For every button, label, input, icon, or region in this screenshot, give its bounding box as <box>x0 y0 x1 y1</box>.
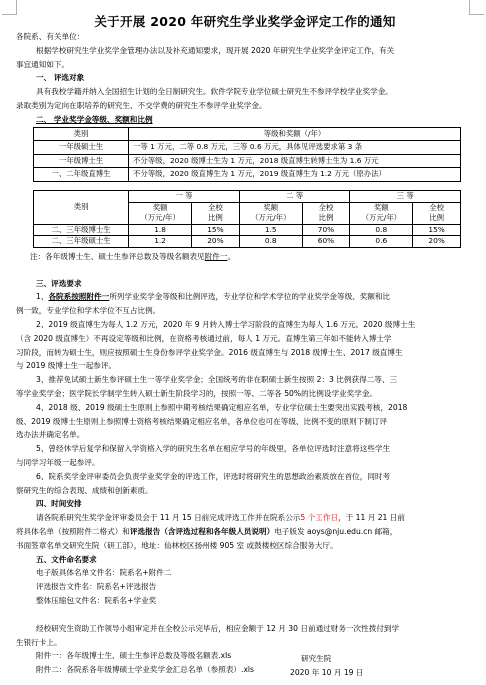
requirement-6-line-2: 察研究生的综合表现、成绩和创新素质。 <box>16 484 474 498</box>
schedule-text: 请各院系研究生奖学金评审委员会于 11 月 15 日前完成评选工作并在院系公示 <box>36 513 300 522</box>
table-cell: 1.2 <box>129 236 192 248</box>
table-cell: 20% <box>413 236 461 248</box>
table-cell: 60% <box>302 236 350 248</box>
subheader-text: 奖额 <box>353 203 409 214</box>
requirement-3-line-1: 3、推荐免试硕士新生参评硕士生一等学业奖学金；全国统考的非在职硕士新生按照 2：… <box>16 373 474 387</box>
table-cell: 不分等级，2020 级博士生为 1 万元，2018 级直博生转博士生为 1.6 … <box>129 154 461 168</box>
subheader-text: 全校 <box>195 203 236 214</box>
requirement-4-line-1: 4、2018 级、2019 级硕士生原则上参照中期考核结果确定相应名单，专业学位… <box>16 401 474 415</box>
section-1-line-2: 录取类别为定向在职培养的研究生、不交学费的研究生不参评学业奖学金。 <box>16 99 474 113</box>
requirement-2-line-2: （含 2020 级直博生）不再设定等级和比例，在资格考核通过前，每人 1 万元。… <box>16 332 474 346</box>
table1-header-levels: 等级和奖额（/年） <box>129 127 461 141</box>
table-cell: 一、二年级直博生 <box>34 168 129 182</box>
requirement-6-line-1: 6、院系奖学金评审委员会负责学业奖学金的评选工作，评选时将研究生的思想政治素质放… <box>16 470 474 484</box>
attachment-1-link[interactable]: 附件一 <box>205 252 228 261</box>
table2-subheader-amount: 奖额（万元/年） <box>239 202 302 224</box>
subheader-text: 全校 <box>416 203 457 214</box>
requirement-3-line-2: 等学业奖学金；医学院长学制学生转入硕士新生阶段学习的，按照一等、二等各 50%的… <box>16 387 474 401</box>
section-1-heading: 一、 评选对象 <box>16 71 474 85</box>
table-cell: 0.8 <box>239 236 302 248</box>
subheader-text: 奖额 <box>243 203 299 214</box>
section-5-heading: 五、文件命名要求 <box>16 553 474 567</box>
document-page: 关于开展 2020 年研究生学业奖学金评定工作的通知 各院系、有关单位： 根据学… <box>16 0 474 677</box>
table2-subheader-amount: 奖额（万元/年） <box>129 202 192 224</box>
table-cell: 15% <box>413 224 461 236</box>
intro-line-1: 根据学校研究生学业奖学金管理办法以及补充通知要求，现开展 2020 年研究生学业… <box>16 44 474 58</box>
table-cell: 不分等级，2020 级直博生为 1 万元，2019 级直博生为 1.2 万元（原… <box>129 168 461 182</box>
table-cell: 0.8 <box>350 224 413 236</box>
subheader-text: （万元/年） <box>353 213 409 224</box>
schedule-line-2: 将具体名单（按照附件二格式）和评选报告（含评选过程和各年级人员说明）电子版发 a… <box>16 525 474 539</box>
table-cell: 一年级硕士生 <box>34 141 129 155</box>
award-levels-table: 类别 等级和奖额（/年） 一年级硕士生 一等 1 万元，二等 0.8 万元，三等… <box>33 127 461 182</box>
document-title: 关于开展 2020 年研究生学业奖学金评定工作的通知 <box>16 13 474 30</box>
table2-header-level-1: 一 等 <box>129 190 240 202</box>
intro-line-2: 事宜通知如下。 <box>16 58 474 72</box>
table-cell: 一年级博士生 <box>34 154 129 168</box>
schedule-line-3: 书面签章名单交研究生院（研工部），地址：仙林校区扬州楼 905 室 或鼓楼校区综… <box>16 539 474 553</box>
subheader-text: （万元/年） <box>132 213 188 224</box>
requirement-2-line-4: 与 2019 级博士生一起参评。 <box>16 359 474 373</box>
subheader-text: 比例 <box>306 213 347 224</box>
requirement-4-line-2: 级、2019 级博士生原则上参照博士资格考核结果确定相应名单，各单位也可在等级、… <box>16 415 474 429</box>
signature-org: 研究生院 <box>301 652 331 666</box>
requirement-4-line-3: 选办法并确定名单。 <box>16 428 474 442</box>
report-emphasis: 评选报告（含评选过程和各年级人员说明） <box>130 527 274 536</box>
table1-header-category: 类别 <box>34 127 129 141</box>
naming-rule-2: 评选报告文件名：院系名+评选报告 <box>16 580 474 594</box>
requirement-1: 1、各院系按照附件一所列学业奖学金等级和比例评选，专业学位和学术学位的学业奖学金… <box>16 290 474 304</box>
closing-line-2: 生银行卡上。 <box>16 636 474 650</box>
table-row: 一年级硕士生 一等 1 万元，二等 0.8 万元，三等 0.6 万元，具体见评选… <box>34 141 461 155</box>
attachment-2[interactable]: 附件二：各院系各年级博硕士学业奖学金汇总名单（参照表）.xls <box>16 663 474 677</box>
table-cell: 70% <box>302 224 350 236</box>
section-3-heading: 三、评选要求 <box>16 277 474 291</box>
requirement-1-text: 所列学业奖学金等级和比例评选，专业学位和学术学位的学业奖学金等级、奖额和比 <box>109 292 390 301</box>
subheader-text: （万元/年） <box>243 213 299 224</box>
schedule-email-text: 电子版发 aoys@nju.edu.cn 邮箱， <box>274 527 397 536</box>
salutation: 各院系、有关单位： <box>16 30 474 44</box>
table-cell: 20% <box>192 236 240 248</box>
schedule-text: 将具体名单（按照附件二格式）和 <box>16 527 130 536</box>
table2-subheader-ratio: 全校比例 <box>302 202 350 224</box>
table-row: 一年级博士生 不分等级，2020 级博士生为 1 万元，2018 级直博生转博士… <box>34 154 461 168</box>
requirement-2-line-1: 2、2019 级直博生为每人 1.2 万元，2020 年 9 月转入博士学习阶段… <box>16 318 474 332</box>
requirement-1-line-2: 例一致，专业学位和学术学位不互占比例。 <box>16 304 474 318</box>
award-ratio-table: 类别 一 等 二 等 三 等 奖额（万元/年） 全校比例 奖额（万元/年） 全校… <box>33 190 461 248</box>
note-text: 注：各年级博士生、硕士生参评总数及等级名额表见 <box>30 252 205 261</box>
table2-subheader-ratio: 全校比例 <box>192 202 240 224</box>
table-cell: 二、三年级博士生 <box>34 224 129 236</box>
attachment-1[interactable]: 附件一：各年级博士生、硕士生参评总数及等级名额表.xls <box>16 649 474 663</box>
section-4-heading: 四、时间安排 <box>16 497 474 511</box>
subheader-text: 比例 <box>195 213 236 224</box>
requirement-1-emphasis: 各院系按照附件一 <box>48 292 109 301</box>
table-cell: 1.5 <box>239 224 302 236</box>
table-row: 二、三年级博士生 1.8 15% 1.5 70% 0.8 15% <box>34 224 461 236</box>
table-cell: 0.6 <box>350 236 413 248</box>
table-cell: 二、三年级硕士生 <box>34 236 129 248</box>
item-number: 1、 <box>36 292 48 301</box>
table2-subheader-ratio: 全校比例 <box>413 202 461 224</box>
table2-header-category: 类别 <box>34 190 129 224</box>
page-corner-mark-left <box>2 0 17 15</box>
requirement-5-line-1: 5、曾经休学后复学和保留入学资格入学的研究生名单在相应学号的年级里，各单位评选时… <box>16 442 474 456</box>
table2-header-level-3: 三 等 <box>350 190 461 202</box>
naming-rule-3: 整体压缩包文件名：院系名+学业奖 <box>16 594 474 608</box>
schedule-line-1: 请各院系研究生奖学金评审委员会于 11 月 15 日前完成评选工作并在院系公示5… <box>16 511 474 525</box>
schedule-text: ，于 11 月 21 日前 <box>338 513 405 522</box>
subheader-text: 全校 <box>306 203 347 214</box>
subheader-text: 奖额 <box>132 203 188 214</box>
signature-date: 2020 年 10 月 19 日 <box>290 666 364 680</box>
closing-line-1: 经校研究生资助工作领导小组审定并在全校公示完毕后，相应金额于 12 月 30 日… <box>16 622 474 636</box>
requirement-2-line-3: 习阶段，而转为硕士生，则应按照硕士生身份参评学业奖学金。2016 级直博生与 2… <box>16 346 474 360</box>
workdays-highlight: 5 个工作日 <box>300 513 338 522</box>
table2-header-level-2: 二 等 <box>239 190 350 202</box>
subheader-text: 比例 <box>416 213 457 224</box>
table-cell: 15% <box>192 224 240 236</box>
naming-rule-1: 电子版具体名单文件名：院系名+附件二 <box>16 566 474 580</box>
table-cell: 1.8 <box>129 224 192 236</box>
table-cell: 一等 1 万元，二等 0.8 万元，三等 0.6 万元，具体见评选要求第 3 条 <box>129 141 461 155</box>
table-row: 二、三年级硕士生 1.2 20% 0.8 60% 0.6 20% <box>34 236 461 248</box>
table-row: 一、二年级直博生 不分等级，2020 级直博生为 1 万元，2019 级直博生为… <box>34 168 461 182</box>
section-2-heading: 二、 学业奖学金等级、奖额和比例 <box>16 113 474 127</box>
table-note: 注：各年级博士生、硕士生参评总数及等级名额表见附件一。 <box>16 250 474 263</box>
requirement-5-line-2: 与同学习年级一起参评。 <box>16 456 474 470</box>
table2-subheader-amount: 奖额（万元/年） <box>350 202 413 224</box>
note-text: 。 <box>227 252 235 261</box>
section-1-line-1: 具有我校学籍并纳入全国招生计划的全日制研究生。软件学院专业学位硕士研究生不参评学… <box>16 85 474 99</box>
